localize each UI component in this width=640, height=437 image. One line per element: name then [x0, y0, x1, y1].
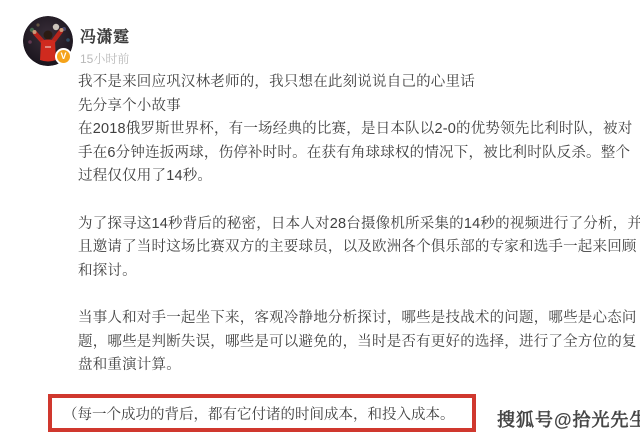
username[interactable]: 冯潇霆 [80, 24, 130, 47]
post-content: 我不是来回应巩汉林老师的，我只想在此刻说说自己的心里话 先分享个小故事 在201… [78, 71, 630, 402]
highlight-annotation-box: （每一个成功的背后，都有它付诸的时间成本，和投入成本。 [48, 394, 476, 432]
text-line: 手在6分钟连扳两球，伤停补时时。在获有角球球权的情况下，被比利时队反杀。整个 [78, 142, 630, 166]
text-line: 先分享个小故事 [78, 95, 630, 119]
text-line: 在2018俄罗斯世界杯，有一场经典的比赛，是日本队以2-0的优势领先比利时队，被… [78, 118, 630, 142]
verified-badge-letter: V [60, 52, 66, 61]
paragraph-2: 为了探寻这14秒背后的秘密，日本人对28台摄像机所采集的14秒的视频进行了分析，… [78, 213, 630, 284]
watermark: 搜狐号@拾光先生 [497, 406, 640, 432]
post-timestamp[interactable]: 15小时前 [80, 50, 129, 67]
text-line: 盘和重演计算。 [78, 354, 630, 378]
text-line: 为了探寻这14秒背后的秘密，日本人对28台摄像机所采集的14秒的视频进行了分析，… [78, 213, 630, 237]
text-line: 过程仅仅用了14秒。 [78, 165, 630, 189]
paragraph-3: 当事人和对手一起坐下来，客观冷静地分析探讨，哪些是技战术的问题，哪些是心态问 题… [78, 307, 630, 378]
text-line: 且邀请了当时这场比赛双方的主要球员，以及欧洲各个俱乐部的专家和选手一起来回顾 [78, 236, 630, 260]
weibo-post-page: V 冯潇霆 15小时前 我不是来回应巩汉林老师的，我只想在此刻说说自己的心里话 … [0, 0, 640, 437]
text-line: 当事人和对手一起坐下来，客观冷静地分析探讨，哪些是技战术的问题，哪些是心态问 [78, 307, 630, 331]
text-line: 我不是来回应巩汉林老师的，我只想在此刻说说自己的心里话 [78, 71, 630, 95]
highlight-text: （每一个成功的背后，都有它付诸的时间成本，和投入成本。 [63, 403, 455, 424]
verified-badge-icon: V [55, 48, 72, 65]
paragraph-1: 我不是来回应巩汉林老师的，我只想在此刻说说自己的心里话 先分享个小故事 在201… [78, 71, 630, 189]
text-line: 题，哪些是判断失误，哪些是可以避免的，当时是否有更好的选择，进行了全方位的复 [78, 331, 630, 355]
text-line: 和探讨。 [78, 260, 630, 284]
